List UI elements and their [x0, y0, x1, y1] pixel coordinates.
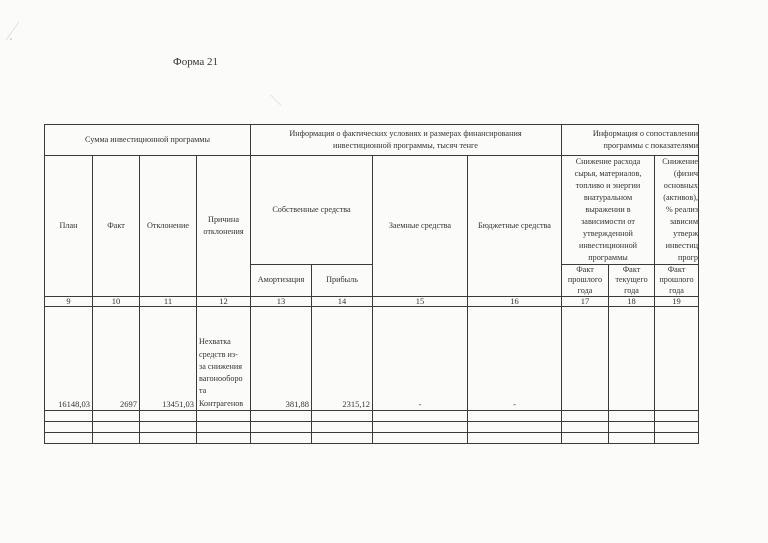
cell-deviation: 13451,03 — [140, 307, 196, 410]
grid-line — [44, 410, 698, 411]
col-fact: Факт — [93, 156, 139, 296]
col-number: 10 — [93, 296, 139, 306]
col-number: 12 — [197, 296, 250, 306]
col-wear-reduction: Снижение (физич основных (активов), % ре… — [655, 156, 698, 264]
grid-line — [44, 421, 698, 422]
grid-line — [44, 443, 698, 444]
col-amortization: Амортизация — [251, 265, 311, 296]
col-number: 18 — [609, 296, 654, 306]
col-number: 17 — [562, 296, 608, 306]
reason-line: та — [199, 385, 206, 397]
cell-col17 — [562, 307, 608, 410]
col-deviation-reason: Причина отклонения — [197, 156, 250, 296]
col-profit: Прибыль — [312, 265, 372, 296]
cell-profit: 2315,12 — [312, 307, 372, 410]
reason-line: вагонооборо — [199, 373, 243, 385]
col-number: 13 — [251, 296, 311, 306]
cell-borrowed: - — [373, 307, 467, 410]
cell-amortization: 381,88 — [251, 307, 311, 410]
col-fact-curr-year-18: Факт текущего года — [609, 265, 654, 296]
col-cost-reduction: Снижение расхода сырья, материалов, топл… — [562, 156, 654, 264]
cell-deviation-reason: Нехватка средств из- за снижения вагоноо… — [197, 307, 250, 410]
grid-line — [698, 124, 699, 444]
reason-line: средств из- — [199, 349, 238, 361]
cell-plan: 16148,03 — [45, 307, 92, 410]
col-number: 9 — [45, 296, 92, 306]
reason-line: за снижения — [199, 361, 242, 373]
col-own-funds: Собственные средства — [251, 156, 372, 264]
col-number: 15 — [373, 296, 467, 306]
cell-col19 — [655, 307, 698, 410]
reason-line: Нехватка — [199, 336, 231, 348]
reason-line: Контрагенов — [199, 398, 243, 410]
investment-program-table: Сумма инвестиционной программы Информаци… — [0, 0, 768, 543]
col-deviation: Отклонение — [140, 156, 196, 296]
col-number: 14 — [312, 296, 372, 306]
col-fact-prev-year-19: Факт прошлого года — [655, 265, 698, 296]
cell-col18 — [609, 307, 654, 410]
cell-fact: 2697 — [93, 307, 139, 410]
col-number: 16 — [468, 296, 561, 306]
col-borrowed-funds: Заемные средства — [373, 156, 467, 296]
col-number: 11 — [140, 296, 196, 306]
col-budget-funds: Бюджетные средства — [468, 156, 561, 296]
col-number: 19 — [655, 296, 698, 306]
header-comparison-info: Информация о сопоставлении программы с п… — [562, 125, 698, 155]
header-financing-info: Информация о фактических условиях и разм… — [264, 125, 547, 155]
cell-budget: - — [468, 307, 561, 410]
col-plan: План — [45, 156, 92, 296]
header-investment-sum: Сумма инвестиционной программы — [45, 125, 250, 155]
grid-line — [44, 432, 698, 433]
col-fact-prev-year-17: Факт прошлого года — [562, 265, 608, 296]
